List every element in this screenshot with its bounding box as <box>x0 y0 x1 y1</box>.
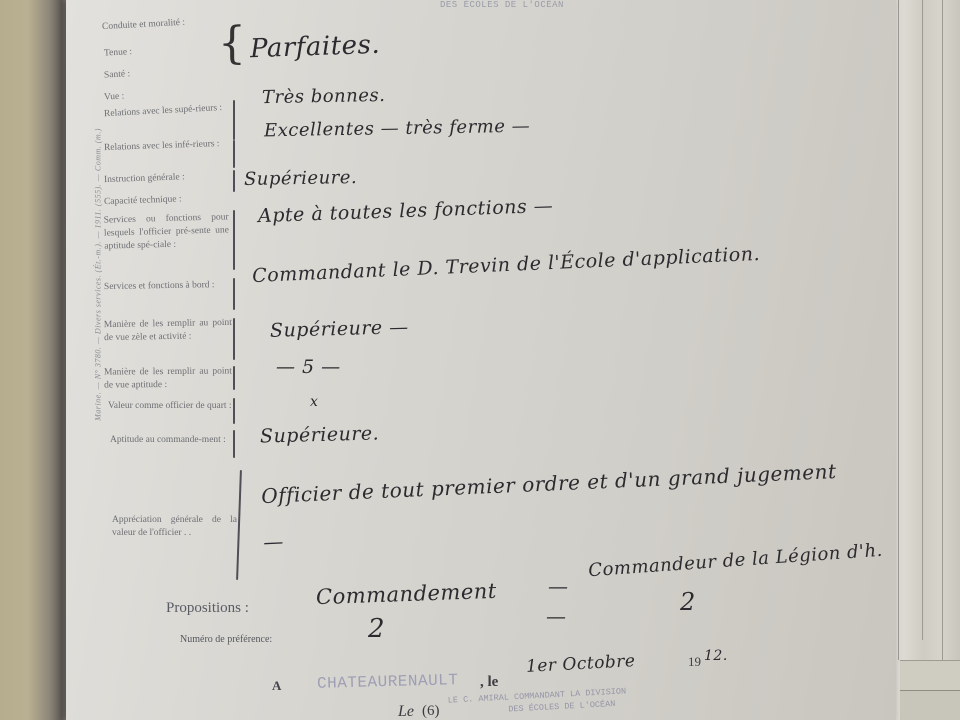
field-label: Manière de les remplir au point de vue z… <box>104 317 232 345</box>
brace-line <box>233 278 235 310</box>
handwritten-value: Supérieure — <box>270 316 409 342</box>
handwritten-value: Parfaites. <box>250 30 381 65</box>
field-label: Appréciation générale de la valeur de l'… <box>112 514 237 540</box>
brace-line <box>233 100 235 140</box>
place-prefix: A <box>272 678 281 694</box>
stacked-pages-bottom <box>900 690 960 720</box>
field-label: Services ou fonctions pour lesquels l'of… <box>104 211 230 253</box>
preference-dash: — <box>546 604 567 628</box>
handwritten-value: Supérieure. <box>244 167 358 190</box>
brace-line <box>233 170 235 192</box>
preference-value-1: 2 <box>368 614 385 644</box>
brace-line <box>233 210 235 270</box>
handwritten-value: Très bonnes. <box>262 85 386 108</box>
page-edge-line <box>922 0 923 640</box>
field-label: Manière de les remplir au point de vue a… <box>104 365 232 392</box>
signature-number: (6) <box>422 703 440 720</box>
brace-line <box>233 318 235 360</box>
page-edge-line <box>898 0 899 660</box>
preference-value-2: 2 <box>680 588 696 616</box>
handwritten-value: x <box>310 394 318 410</box>
field-label: Aptitude au commande-ment : <box>110 434 234 447</box>
date-year-printed: 19 <box>688 654 701 670</box>
signature-le: Le <box>398 703 414 720</box>
brace-line <box>233 430 235 458</box>
handwritten-value: Supérieure. <box>260 422 380 447</box>
preference-label: Numéro de préférence: <box>180 634 272 645</box>
margin-printer-note: Marine. — N° 3780. — Divers services. (É… <box>88 20 104 550</box>
proposition-dash: — <box>548 574 569 598</box>
margin-printer-text: Marine. — N° 3780. — Divers services. (É… <box>94 15 103 535</box>
brace-line <box>233 366 235 390</box>
brace-icon: { <box>218 18 246 69</box>
brace-line <box>233 398 235 424</box>
header-stamp: DES ÉCOLES DE L'OCÉAN <box>440 0 564 10</box>
brace-line <box>233 140 235 168</box>
propositions-label: Propositions : <box>166 600 249 617</box>
date-le: , le <box>480 674 498 691</box>
handwritten-value: — 5 — <box>276 356 341 378</box>
place-stamp: CHATEAURENAULT <box>317 671 459 693</box>
page-edge-line <box>942 0 943 660</box>
date-year-written: 12. <box>704 648 728 664</box>
binder-spine <box>0 0 70 720</box>
field-label: Services et fonctions à bord : <box>104 279 229 294</box>
field-label: Valeur comme officier de quart : <box>108 400 234 413</box>
